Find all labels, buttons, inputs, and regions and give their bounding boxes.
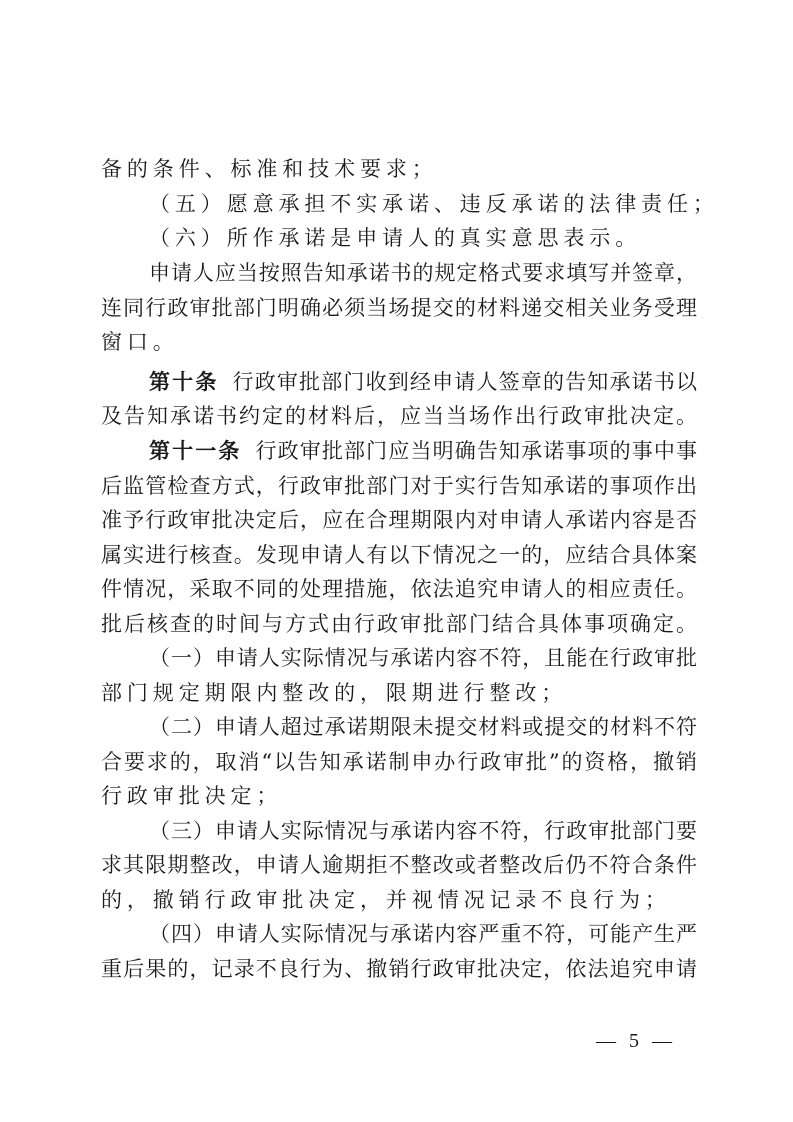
line-text: （六）所作承诺是申请人的真实意思表示。	[149, 226, 641, 250]
paragraph-line: （四）申请人实际情况与承诺内容严重不符，可能产生严	[149, 917, 697, 951]
line-text: 及告知承诺书约定的材料后，应当当场作出行政审批决定。	[101, 404, 697, 428]
line-text: 连同行政审批部门明确必须当场提交的材料递交相关业务受理	[101, 296, 697, 320]
line-text: 备的条件、标准和技术要求；	[101, 157, 438, 181]
line-text: （五）愿意承担不实承诺、违反承诺的法律责任；	[149, 192, 719, 216]
line-text: 属实进行核查。发现申请人有以下情况之一的，应结合具体案	[101, 543, 697, 567]
line-text: 准予行政审批决定后，应在合理期限内对申请人承诺内容是否	[101, 508, 697, 532]
paragraph-line: 属实进行核查。发现申请人有以下情况之一的，应结合具体案	[101, 538, 697, 572]
line-text: 重后果的，记录不良行为、撤销行政审批决定，依法追究申请	[101, 957, 697, 981]
paragraph-line: 合要求的，取消“以告知承诺制申办行政审批”的资格，撤销	[101, 745, 697, 779]
article-paragraph-line: 第十一条行政审批部门应当明确告知承诺事项的事中事	[149, 434, 697, 468]
paragraph-line: （六）所作承诺是申请人的真实意思表示。	[149, 221, 697, 255]
line-text: 行政审批部门应当明确告知承诺事项的事中事	[256, 439, 697, 463]
paragraph-line: （三）申请人实际情况与承诺内容不符，行政审批部门要	[149, 814, 697, 848]
paragraph-line: （一）申请人实际情况与承诺内容不符，且能在行政审批	[149, 641, 697, 675]
paragraph-line: 后监管检查方式，行政审批部门对于实行告知承诺的事项作出	[101, 469, 697, 503]
line-text: 求其限期整改，申请人逾期拒不整改或者整改后仍不符合条件	[101, 853, 697, 877]
paragraph-line: 连同行政审批部门明确必须当场提交的材料递交相关业务受理	[101, 291, 697, 325]
paragraph-line: 部门规定期限内整改的，限期进行整改；	[101, 676, 697, 710]
line-text: （四）申请人实际情况与承诺内容严重不符，可能产生严	[149, 922, 697, 946]
paragraph-line: 的，撤销行政审批决定，并视情况记录不良行为；	[101, 883, 697, 917]
line-text: 窗口。	[101, 330, 179, 354]
line-text: 申请人应当按照告知承诺书的规定格式要求填写并签章，	[149, 261, 697, 285]
paragraph-line: 及告知承诺书约定的材料后，应当当场作出行政审批决定。	[101, 399, 697, 433]
paragraph-line: 求其限期整改，申请人逾期拒不整改或者整改后仍不符合条件	[101, 848, 697, 882]
article-paragraph-line: 第十条行政审批部门收到经申请人签章的告知承诺书以	[149, 365, 697, 399]
line-text: （一）申请人实际情况与承诺内容不符，且能在行政审批	[149, 646, 697, 670]
paragraph-line: 申请人应当按照告知承诺书的规定格式要求填写并签章，	[149, 256, 697, 290]
line-text: 行政审批部门收到经申请人签章的告知承诺书以	[233, 370, 697, 394]
paragraph-line: （二）申请人超过承诺期限未提交材料或提交的材料不符	[149, 710, 697, 744]
line-text: 的，撤销行政审批决定，并视情况记录不良行为；	[101, 888, 671, 912]
line-text: 合要求的，取消“以告知承诺制申办行政审批”的资格，撤销	[101, 750, 697, 774]
paragraph-line: 窗口。	[101, 325, 697, 359]
paragraph-line: 件情况，采取不同的处理措施，依法追究申请人的相应责任。	[101, 572, 697, 606]
article-heading: 第十条	[149, 370, 219, 394]
article-heading: 第十一条	[149, 439, 242, 463]
paragraph-line: 准予行政审批决定后，应在合理期限内对申请人承诺内容是否	[101, 503, 697, 537]
paragraph-line: 备的条件、标准和技术要求；	[101, 152, 697, 186]
line-text: （二）申请人超过承诺期限未提交材料或提交的材料不符	[149, 715, 697, 739]
line-text: 后监管检查方式，行政审批部门对于实行告知承诺的事项作出	[101, 474, 697, 498]
line-text: 批后核查的时间与方式由行政审批部门结合具体事项确定。	[101, 612, 697, 636]
paragraph-line: 行政审批决定；	[101, 779, 697, 813]
paragraph-line: 批后核查的时间与方式由行政审批部门结合具体事项确定。	[101, 607, 697, 641]
line-text: 行政审批决定；	[101, 784, 282, 808]
paragraph-line: （五）愿意承担不实承诺、违反承诺的法律责任；	[149, 187, 697, 221]
line-text: （三）申请人实际情况与承诺内容不符，行政审批部门要	[149, 819, 697, 843]
paragraph-line: 重后果的，记录不良行为、撤销行政审批决定，依法追究申请	[101, 952, 697, 986]
line-text: 部门规定期限内整改的，限期进行整改；	[101, 681, 567, 705]
line-text: 件情况，采取不同的处理措施，依法追究申请人的相应责任。	[101, 577, 697, 601]
page-number: — 5 —	[596, 1028, 676, 1054]
document-page: 备的条件、标准和技术要求；（五）愿意承担不实承诺、违反承诺的法律责任；（六）所作…	[0, 0, 793, 1122]
